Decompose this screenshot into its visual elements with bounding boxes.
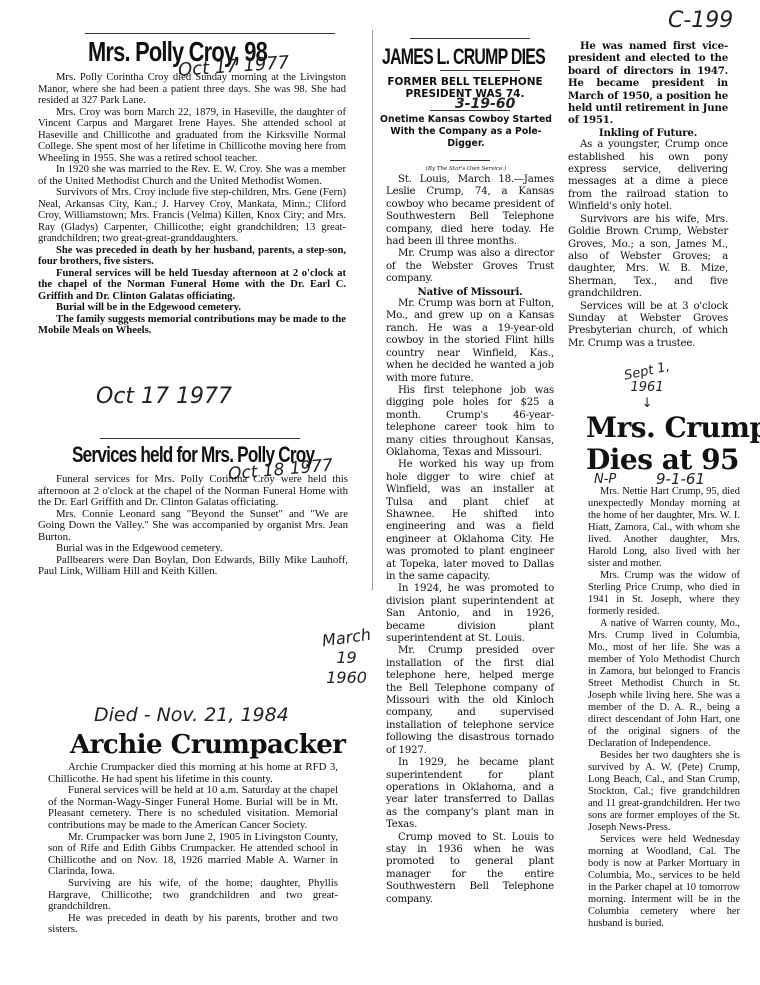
paragraph: Besides her two daughters she is survive…	[588, 750, 740, 834]
paragraph: Survivors of Mrs. Croy include five step…	[38, 187, 346, 245]
paragraph: A native of Warren county, Mo., Mrs. Cru…	[588, 618, 740, 750]
paragraph: Mrs. Crump was the widow of Sterling Pri…	[588, 570, 740, 618]
paragraph: Survivors are his wife, Mrs. Goldie Brow…	[568, 214, 728, 301]
paragraph: Mr. Crump presided over installation of …	[386, 645, 554, 757]
divider	[440, 70, 520, 71]
paragraph: The family suggests memorial contributio…	[38, 314, 346, 337]
paragraph: Mr. Crump was also a director of the Web…	[386, 248, 554, 285]
paragraph: Burial will be in the Edgewood cemetery.	[38, 302, 346, 314]
nettie-headline: Mrs. Crump Dies at 95	[586, 412, 760, 476]
paragraph: Funeral services will be held Tuesday af…	[38, 268, 346, 303]
column-divider	[372, 30, 373, 590]
paragraph: Crump moved to St. Louis to stay in 1936…	[386, 832, 554, 906]
croy-services-body: Funeral services for Mrs. Polly Corintha…	[38, 474, 348, 578]
margin-note-line: 1960	[322, 668, 371, 688]
paragraph: In 1929, he became plant superintendent …	[386, 757, 554, 831]
paragraph: Archie Crumpacker died this morning at h…	[48, 762, 338, 785]
paragraph: Funeral services for Mrs. Polly Corintha…	[38, 474, 348, 509]
arrow-down-icon: ↓	[624, 396, 670, 412]
paragraph: Mrs. Croy was born March 22, 1879, in Ha…	[38, 107, 346, 165]
nettie-handwritten-note: Sept 1, 1961 ↓	[624, 364, 670, 412]
paragraph: He was named first vice-president and el…	[568, 40, 728, 127]
crumpacker-handwritten-note: Died - Nov. 21, 1984	[94, 704, 289, 726]
crumpacker-headline: Archie Crumpacker	[70, 730, 346, 760]
paragraph: She was preceded in death by her husband…	[38, 245, 346, 268]
margin-note-line: 19	[322, 648, 371, 668]
james-crump-column-a: St. Louis, March 18.—James Leslie Crump,…	[386, 174, 554, 906]
subhead-native-of-missouri: Native of Missouri.	[386, 286, 554, 298]
nettie-article-body: Mrs. Nettie Hart Crump, 95, died unexpec…	[588, 486, 740, 930]
croy-article-body: Mrs. Polly Corintha Croy died Sunday mor…	[38, 72, 346, 337]
nettie-handwritten-source: N-P	[594, 472, 616, 487]
paragraph: Mr. Crumpacker was born June 2, 1905 in …	[48, 832, 338, 878]
divider	[85, 33, 335, 34]
divider	[430, 110, 510, 111]
paragraph: St. Louis, March 18.—James Leslie Crump,…	[386, 174, 554, 248]
paragraph: Burial was in the Edgewood cemetery.	[38, 543, 348, 555]
paragraph: Mrs. Connie Leonard sang "Beyond the Sun…	[38, 509, 348, 544]
james-crump-headline: JAMES L. CRUMP DIES	[382, 44, 545, 70]
paragraph: He worked his way up from hole digger to…	[386, 459, 554, 583]
paragraph: Mr. Crump was born at Fulton, Mo., and g…	[386, 298, 554, 385]
paragraph: His first telephone job was digging pole…	[386, 385, 554, 459]
subhead-inkling-of-future: Inkling of Future.	[568, 127, 728, 139]
paragraph: Mrs. Nettie Hart Crump, 95, died unexpec…	[588, 486, 740, 570]
paragraph: Services were held Wednesday morning at …	[588, 834, 740, 930]
james-crump-column-b: He was named first vice-president and el…	[568, 40, 728, 350]
paragraph: As a youngster, Crump once established h…	[568, 139, 728, 213]
paragraph: In 1920 she was married to the Rev. E. W…	[38, 164, 346, 187]
james-crump-byline: (By The Star's Own Service.)	[380, 166, 552, 172]
crumpacker-article-body: Archie Crumpacker died this morning at h…	[48, 762, 338, 936]
james-crump-margin-note: March 19 1960	[322, 628, 371, 688]
headline-line: Mrs. Crump	[586, 412, 760, 444]
james-crump-subhead2: Onetime Kansas Cowboy Started With the C…	[380, 114, 552, 150]
divider	[100, 438, 300, 439]
paragraph: Pallbearers were Dan Boylan, Don Edwards…	[38, 555, 348, 578]
paragraph: Mrs. Polly Corintha Croy died Sunday mor…	[38, 72, 346, 107]
paragraph: In 1924, he was promoted to division pla…	[386, 583, 554, 645]
divider	[450, 160, 490, 161]
paragraph: He was preceded in death by his parents,…	[48, 913, 338, 936]
page-annotation: C-199	[668, 8, 733, 33]
divider	[410, 38, 530, 39]
paragraph: Funeral services will be held at 10 a.m.…	[48, 785, 338, 831]
paragraph: Surviving are his wife, of the home; dau…	[48, 878, 338, 913]
croy-handwritten-date-below: Oct 17 1977	[96, 384, 232, 409]
paragraph: Services will be at 3 o'clock Sunday at …	[568, 301, 728, 351]
